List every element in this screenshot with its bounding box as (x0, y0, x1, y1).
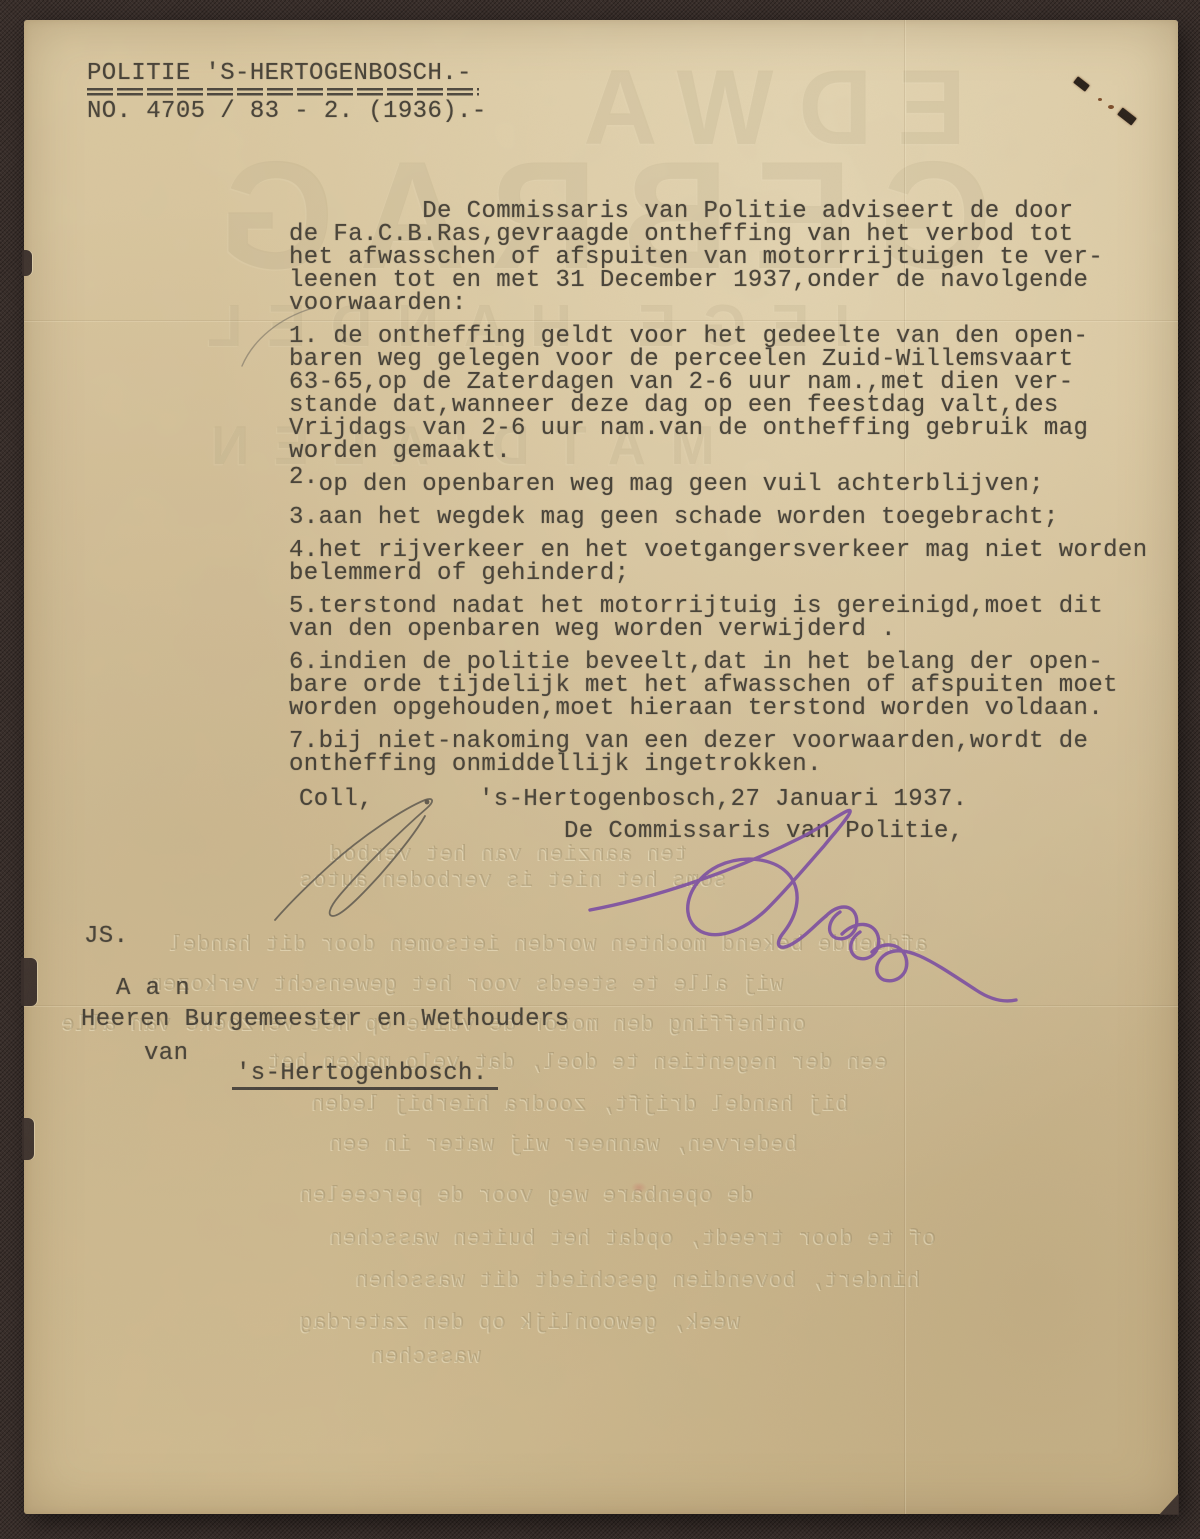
condition-2: 2.op den openbaren weg mag geen vuil ach… (289, 473, 1164, 496)
edge-tear-lower (22, 1118, 34, 1160)
header-underline (87, 88, 479, 96)
ghost-typed-line: bederven, wanneer wij water in een (329, 1132, 798, 1157)
edge-tear-middle (21, 958, 37, 1006)
address-city: 's-Hertogenbosch. (232, 1062, 498, 1090)
reference-number: NO. 4705 / 83 - 2. (1936).- (87, 100, 487, 123)
condition-4: 4.het rijverkeer en het voetgangersverke… (289, 539, 1164, 585)
address-to: A a n (116, 977, 190, 1000)
staple-rust-marks (1072, 72, 1142, 132)
ghost-typed-line: bij handel drijft, zoodra hierbij leden (311, 1092, 849, 1117)
ghost-typed-line: week, gewoonlijk op den zaterdag (299, 1310, 741, 1335)
pencil-stray-mark (229, 302, 324, 374)
letter-paper: EDWAGEBRAGIEGE HANDELMATD'ALEN ten aanzi… (24, 20, 1178, 1514)
typist-initials: JS. (84, 925, 128, 948)
intro-paragraph: De Commissaris van Politie adviseert de … (289, 200, 1164, 315)
edge-tear-upper (22, 250, 32, 276)
signature-ink (584, 792, 1029, 1024)
condition-7: 7.bij niet-nakoming van een dezer voorwa… (289, 730, 1164, 776)
ink-smudge (631, 1182, 647, 1193)
letter-body: De Commissaris van Politie adviseert de … (289, 200, 1164, 786)
ghost-typed-line: hindert, bovendien geschiedt dit wassche… (355, 1268, 921, 1293)
address-line1: Heeren Burgemeester en Wethouders (81, 1008, 569, 1031)
ghost-typed-line: de openbare weg voor de perceelen (299, 1183, 754, 1208)
raised-item-number: 2. (289, 464, 319, 491)
condition-1: 1. de ontheffing geldt voor het gedeelte… (289, 325, 1164, 463)
department-title: POLITIE 'S-HERTOGENBOSCH.- (87, 62, 487, 85)
ghost-typed-line: of te door treedt, opdat het buiten wass… (329, 1226, 936, 1251)
scan-background: EDWAGEBRAGIEGE HANDELMATD'ALEN ten aanzi… (0, 0, 1200, 1539)
letter-header: POLITIE 'S-HERTOGENBOSCH.- NO. 4705 / 83… (87, 62, 487, 123)
ghost-typed-line: wasschen (371, 1344, 481, 1369)
condition-3: 3.aan het wegdek mag geen schade worden … (289, 506, 1164, 529)
signature-pencil-paraph (267, 788, 472, 938)
corner-clip (1159, 1493, 1179, 1515)
conditions-list: 1. de ontheffing geldt voor het gedeelte… (289, 325, 1164, 776)
address-line2: van (144, 1042, 188, 1065)
condition-5: 5.terstond nadat het motorrijtuig is ger… (289, 595, 1164, 641)
condition-6: 6.indien de politie beveelt,dat in het b… (289, 651, 1164, 720)
